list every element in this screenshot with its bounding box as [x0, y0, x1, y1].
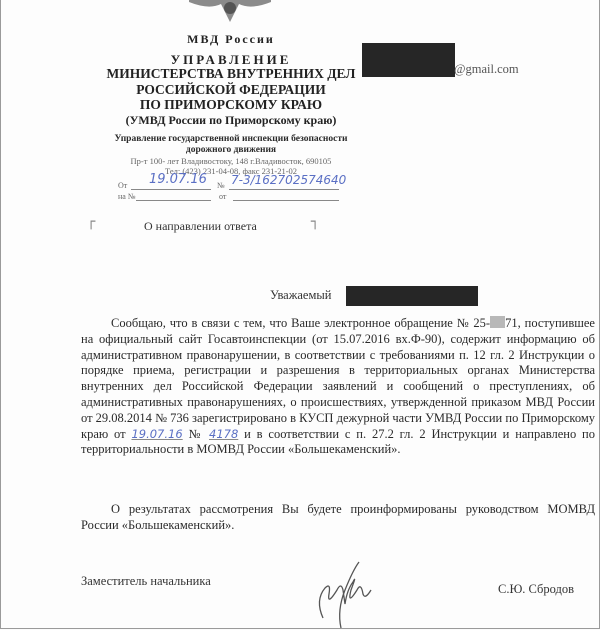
body-paragraph-1: Сообщаю, что в связи с тем, что Ваше эле… — [81, 316, 595, 458]
bracket-left-icon: ┌ — [87, 214, 95, 230]
body-text: 71, поступившее на официальный сайт Госа… — [81, 316, 595, 441]
outgoing-number: 7-3/162702574640 — [231, 173, 346, 187]
on-number-line — [136, 200, 211, 201]
address: Пр-т 100- лет Владивостоку, 148 г.Владив… — [91, 156, 371, 166]
header-ministry: МВД России — [96, 32, 366, 47]
header-short-name: (УМВД России по Приморскому краю) — [96, 113, 366, 128]
on-number-label: на № — [118, 192, 135, 201]
redacted-email-user — [362, 43, 455, 77]
header-org-line: РОССИЙСКОЙ ФЕДЕРАЦИИ — [96, 82, 366, 98]
kusp-date: 19.07.16 — [131, 427, 182, 441]
email-domain: @gmail.com — [454, 62, 519, 77]
on-from-line — [233, 200, 339, 201]
kusp-no-label: № — [183, 427, 209, 441]
document-page: МВД России УПРАВЛЕНИЕ МИНИСТЕРСТВА ВНУТР… — [0, 0, 600, 629]
number-line — [229, 189, 339, 190]
from-date: 19.07.16 — [149, 172, 207, 187]
header-org-line: ПО ПРИМОРСКОМУ КРАЮ — [96, 97, 366, 113]
header-directorate: УПРАВЛЕНИЕ — [96, 53, 366, 67]
subject: О направлении ответа — [144, 219, 257, 234]
signatory-role: Заместитель начальника — [81, 574, 211, 589]
from-label: От — [118, 181, 127, 190]
greeting: Уважаемый — [270, 288, 331, 303]
department-name: Управление государственной инспекции без… — [91, 134, 371, 156]
from-date-line — [131, 189, 211, 190]
department-line: Управление государственной инспекции без… — [91, 134, 371, 145]
body-text: О результатах рассмотрения Вы будете про… — [81, 502, 595, 534]
number-label: № — [217, 181, 225, 190]
kusp-number: 4178 — [209, 427, 238, 441]
body-text: Сообщаю, что в связи с тем, что Ваше эле… — [111, 316, 490, 330]
header-org-name: МИНИСТЕРСТВА ВНУТРЕННИХ ДЕЛ РОССИЙСКОЙ Ф… — [96, 66, 366, 113]
redacted-recipient-name — [346, 286, 478, 306]
redacted-number — [490, 316, 505, 328]
bracket-right-icon: ┐ — [311, 214, 319, 230]
emblem-icon — [189, 0, 271, 24]
body-paragraph-2: О результатах рассмотрения Вы будете про… — [81, 502, 595, 534]
department-line: дорожного движения — [91, 145, 371, 156]
signature-icon — [301, 560, 391, 630]
header-org-line: МИНИСТЕРСТВА ВНУТРЕННИХ ДЕЛ — [96, 66, 366, 82]
signatory-name: С.Ю. Сбродов — [498, 582, 574, 597]
on-from-label: от — [219, 192, 226, 201]
